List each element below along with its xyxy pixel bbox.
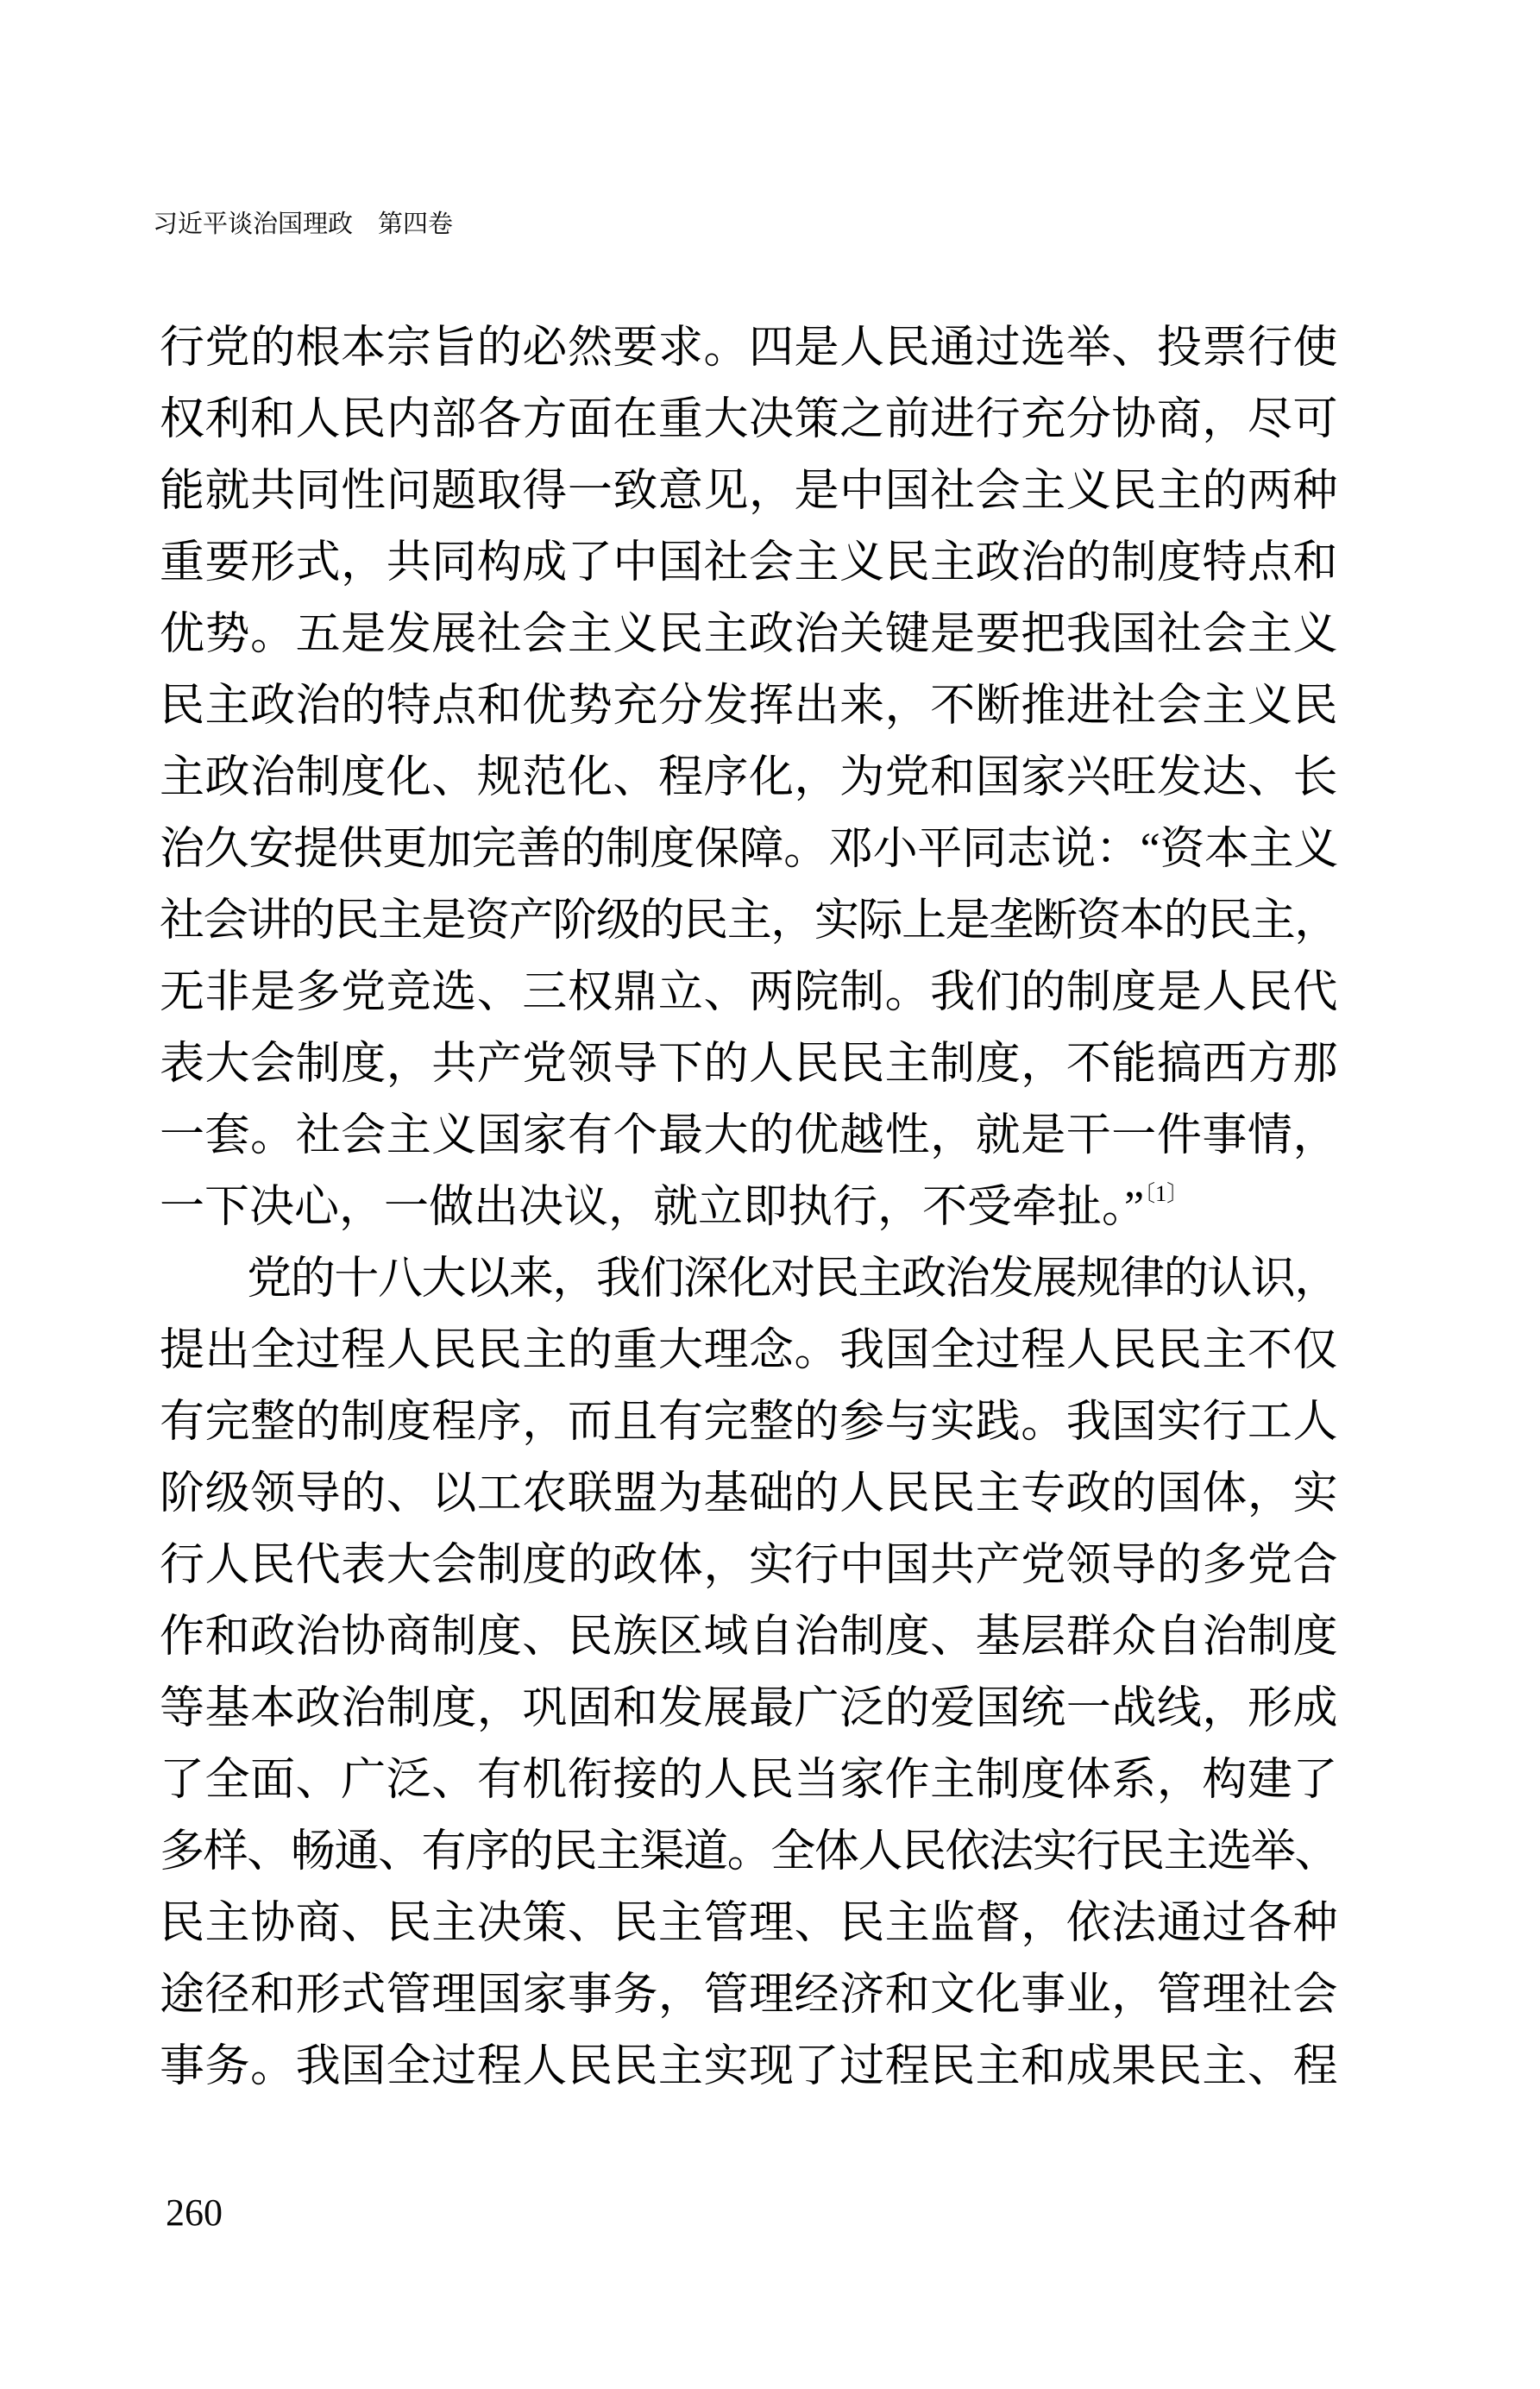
text-line-content: 提出全过程人民民主的重大理念。我国全过程人民民主不仅 bbox=[160, 1326, 1338, 1375]
text-line: 提出全过程人民民主的重大理念。我国全过程人民民主不仅 bbox=[160, 1315, 1338, 1386]
text-line-content: 表大会制度，共产党领导下的人民民主制度，不能搞西方那 bbox=[160, 1040, 1338, 1089]
text-line: 优势。五是发展社会主义民主政治关键是要把我国社会主义 bbox=[160, 599, 1338, 670]
text-line-content: 优势。五是发展社会主义民主政治关键是要把我国社会主义 bbox=[160, 610, 1338, 659]
paragraph: 党的十八大以来，我们深化对民主政治发展规律的认识，提出全过程人民民主的重大理念。… bbox=[160, 1243, 1338, 2103]
text-line: 党的十八大以来，我们深化对民主政治发展规律的认识， bbox=[160, 1243, 1338, 1315]
text-line: 无非是多党竞选、三权鼎立、两院制。我们的制度是人民代 bbox=[160, 957, 1338, 1028]
text-line: 一下决心，一做出决议，就立即执行，不受牵扯。”〔1〕 bbox=[160, 1172, 1338, 1243]
text-line-content: 作和政治协商制度、民族区域自治制度、基层群众自治制度 bbox=[160, 1613, 1338, 1662]
running-head: 习近平谈治国理政 第四卷 bbox=[153, 207, 453, 242]
text-line-content: 治久安提供更加完善的制度保障。邓小平同志说：“资本主义 bbox=[160, 825, 1338, 874]
text-line: 一套。社会主义国家有个最大的优越性，就是干一件事情， bbox=[160, 1100, 1338, 1172]
text-line-content: 无非是多党竞选、三权鼎立、两院制。我们的制度是人民代 bbox=[160, 968, 1338, 1017]
text-line-content: 阶级领导的、以工农联盟为基础的人民民主专政的国体，实 bbox=[160, 1469, 1338, 1518]
text-line: 民主协商、民主决策、民主管理、民主监督，依法通过各种 bbox=[160, 1888, 1338, 1959]
text-line-content: 行党的根本宗旨的必然要求。四是人民通过选举、投票行使 bbox=[160, 324, 1338, 373]
text-line: 了全面、广泛、有机衔接的人民当家作主制度体系，构建了 bbox=[160, 1745, 1338, 1816]
text-line: 表大会制度，共产党领导下的人民民主制度，不能搞西方那 bbox=[160, 1028, 1338, 1100]
text-line-content: 有完整的制度程序，而且有完整的参与实践。我国实行工人 bbox=[160, 1398, 1338, 1447]
page-number: 260 bbox=[166, 2194, 223, 2232]
text-line: 能就共同性问题取得一致意见，是中国社会主义民主的两种 bbox=[160, 456, 1338, 527]
text-line-content: 多样、畅通、有序的民主渠道。全体人民依法实行民主选举、 bbox=[160, 1827, 1338, 1877]
text-line-content: 了全面、广泛、有机衔接的人民当家作主制度体系，构建了 bbox=[160, 1756, 1338, 1805]
body-text: 行党的根本宗旨的必然要求。四是人民通过选举、投票行使权利和人民内部各方面在重大决… bbox=[160, 312, 1338, 2103]
text-line: 途径和形式管理国家事务，管理经济和文化事业，管理社会 bbox=[160, 1959, 1338, 2031]
text-line-content: 一套。社会主义国家有个最大的优越性，就是干一件事情， bbox=[160, 1111, 1338, 1160]
text-line-content: 党的十八大以来，我们深化对民主政治发展规律的认识， bbox=[160, 1254, 1338, 1304]
paragraph: 行党的根本宗旨的必然要求。四是人民通过选举、投票行使权利和人民内部各方面在重大决… bbox=[160, 312, 1338, 1243]
text-line: 行人民代表大会制度的政体，实行中国共产党领导的多党合 bbox=[160, 1530, 1338, 1601]
text-line-content: 一下决心，一做出决议，就立即执行，不受牵扯。” bbox=[160, 1183, 1144, 1232]
text-line-content: 民主协商、民主决策、民主管理、民主监督，依法通过各种 bbox=[160, 1899, 1338, 1948]
text-line-content: 行人民代表大会制度的政体，实行中国共产党领导的多党合 bbox=[160, 1541, 1338, 1590]
text-line: 有完整的制度程序，而且有完整的参与实践。我国实行工人 bbox=[160, 1386, 1338, 1458]
book-page: 习近平谈治国理政 第四卷 行党的根本宗旨的必然要求。四是人民通过选举、投票行使权… bbox=[0, 0, 1540, 2389]
text-line: 民主政治的特点和优势充分发挥出来，不断推进社会主义民 bbox=[160, 670, 1338, 742]
text-line-content: 重要形式，共同构成了中国社会主义民主政治的制度特点和 bbox=[160, 538, 1338, 588]
text-line-content: 途径和形式管理国家事务，管理经济和文化事业，管理社会 bbox=[160, 1971, 1338, 2020]
text-line-content: 事务。我国全过程人民民主实现了过程民主和成果民主、程 bbox=[160, 2042, 1338, 2091]
text-line: 作和政治协商制度、民族区域自治制度、基层群众自治制度 bbox=[160, 1601, 1338, 1673]
text-line-content: 能就共同性问题取得一致意见，是中国社会主义民主的两种 bbox=[160, 467, 1338, 516]
text-line: 事务。我国全过程人民民主实现了过程民主和成果民主、程 bbox=[160, 2031, 1338, 2103]
text-line-content: 权利和人民内部各方面在重大决策之前进行充分协商，尽可 bbox=[160, 395, 1338, 444]
footnote-ref: 〔1〕 bbox=[1144, 1181, 1189, 1206]
text-line: 主政治制度化、规范化、程序化，为党和国家兴旺发达、长 bbox=[160, 742, 1338, 814]
text-line: 治久安提供更加完善的制度保障。邓小平同志说：“资本主义 bbox=[160, 814, 1338, 885]
text-line: 社会讲的民主是资产阶级的民主，实际上是垄断资本的民主， bbox=[160, 885, 1338, 957]
text-line-content: 等基本政治制度，巩固和发展最广泛的爱国统一战线，形成 bbox=[160, 1684, 1338, 1733]
text-line-content: 社会讲的民主是资产阶级的民主，实际上是垄断资本的民主， bbox=[160, 896, 1338, 946]
text-line: 权利和人民内部各方面在重大决策之前进行充分协商，尽可 bbox=[160, 384, 1338, 456]
text-line: 阶级领导的、以工农联盟为基础的人民民主专政的国体，实 bbox=[160, 1458, 1338, 1530]
text-line: 重要形式，共同构成了中国社会主义民主政治的制度特点和 bbox=[160, 527, 1338, 599]
text-line: 多样、畅通、有序的民主渠道。全体人民依法实行民主选举、 bbox=[160, 1816, 1338, 1888]
text-line: 等基本政治制度，巩固和发展最广泛的爱国统一战线，形成 bbox=[160, 1673, 1338, 1745]
text-line-content: 主政治制度化、规范化、程序化，为党和国家兴旺发达、长 bbox=[160, 753, 1338, 802]
text-line: 行党的根本宗旨的必然要求。四是人民通过选举、投票行使 bbox=[160, 312, 1338, 384]
text-line-content: 民主政治的特点和优势充分发挥出来，不断推进社会主义民 bbox=[160, 682, 1338, 731]
